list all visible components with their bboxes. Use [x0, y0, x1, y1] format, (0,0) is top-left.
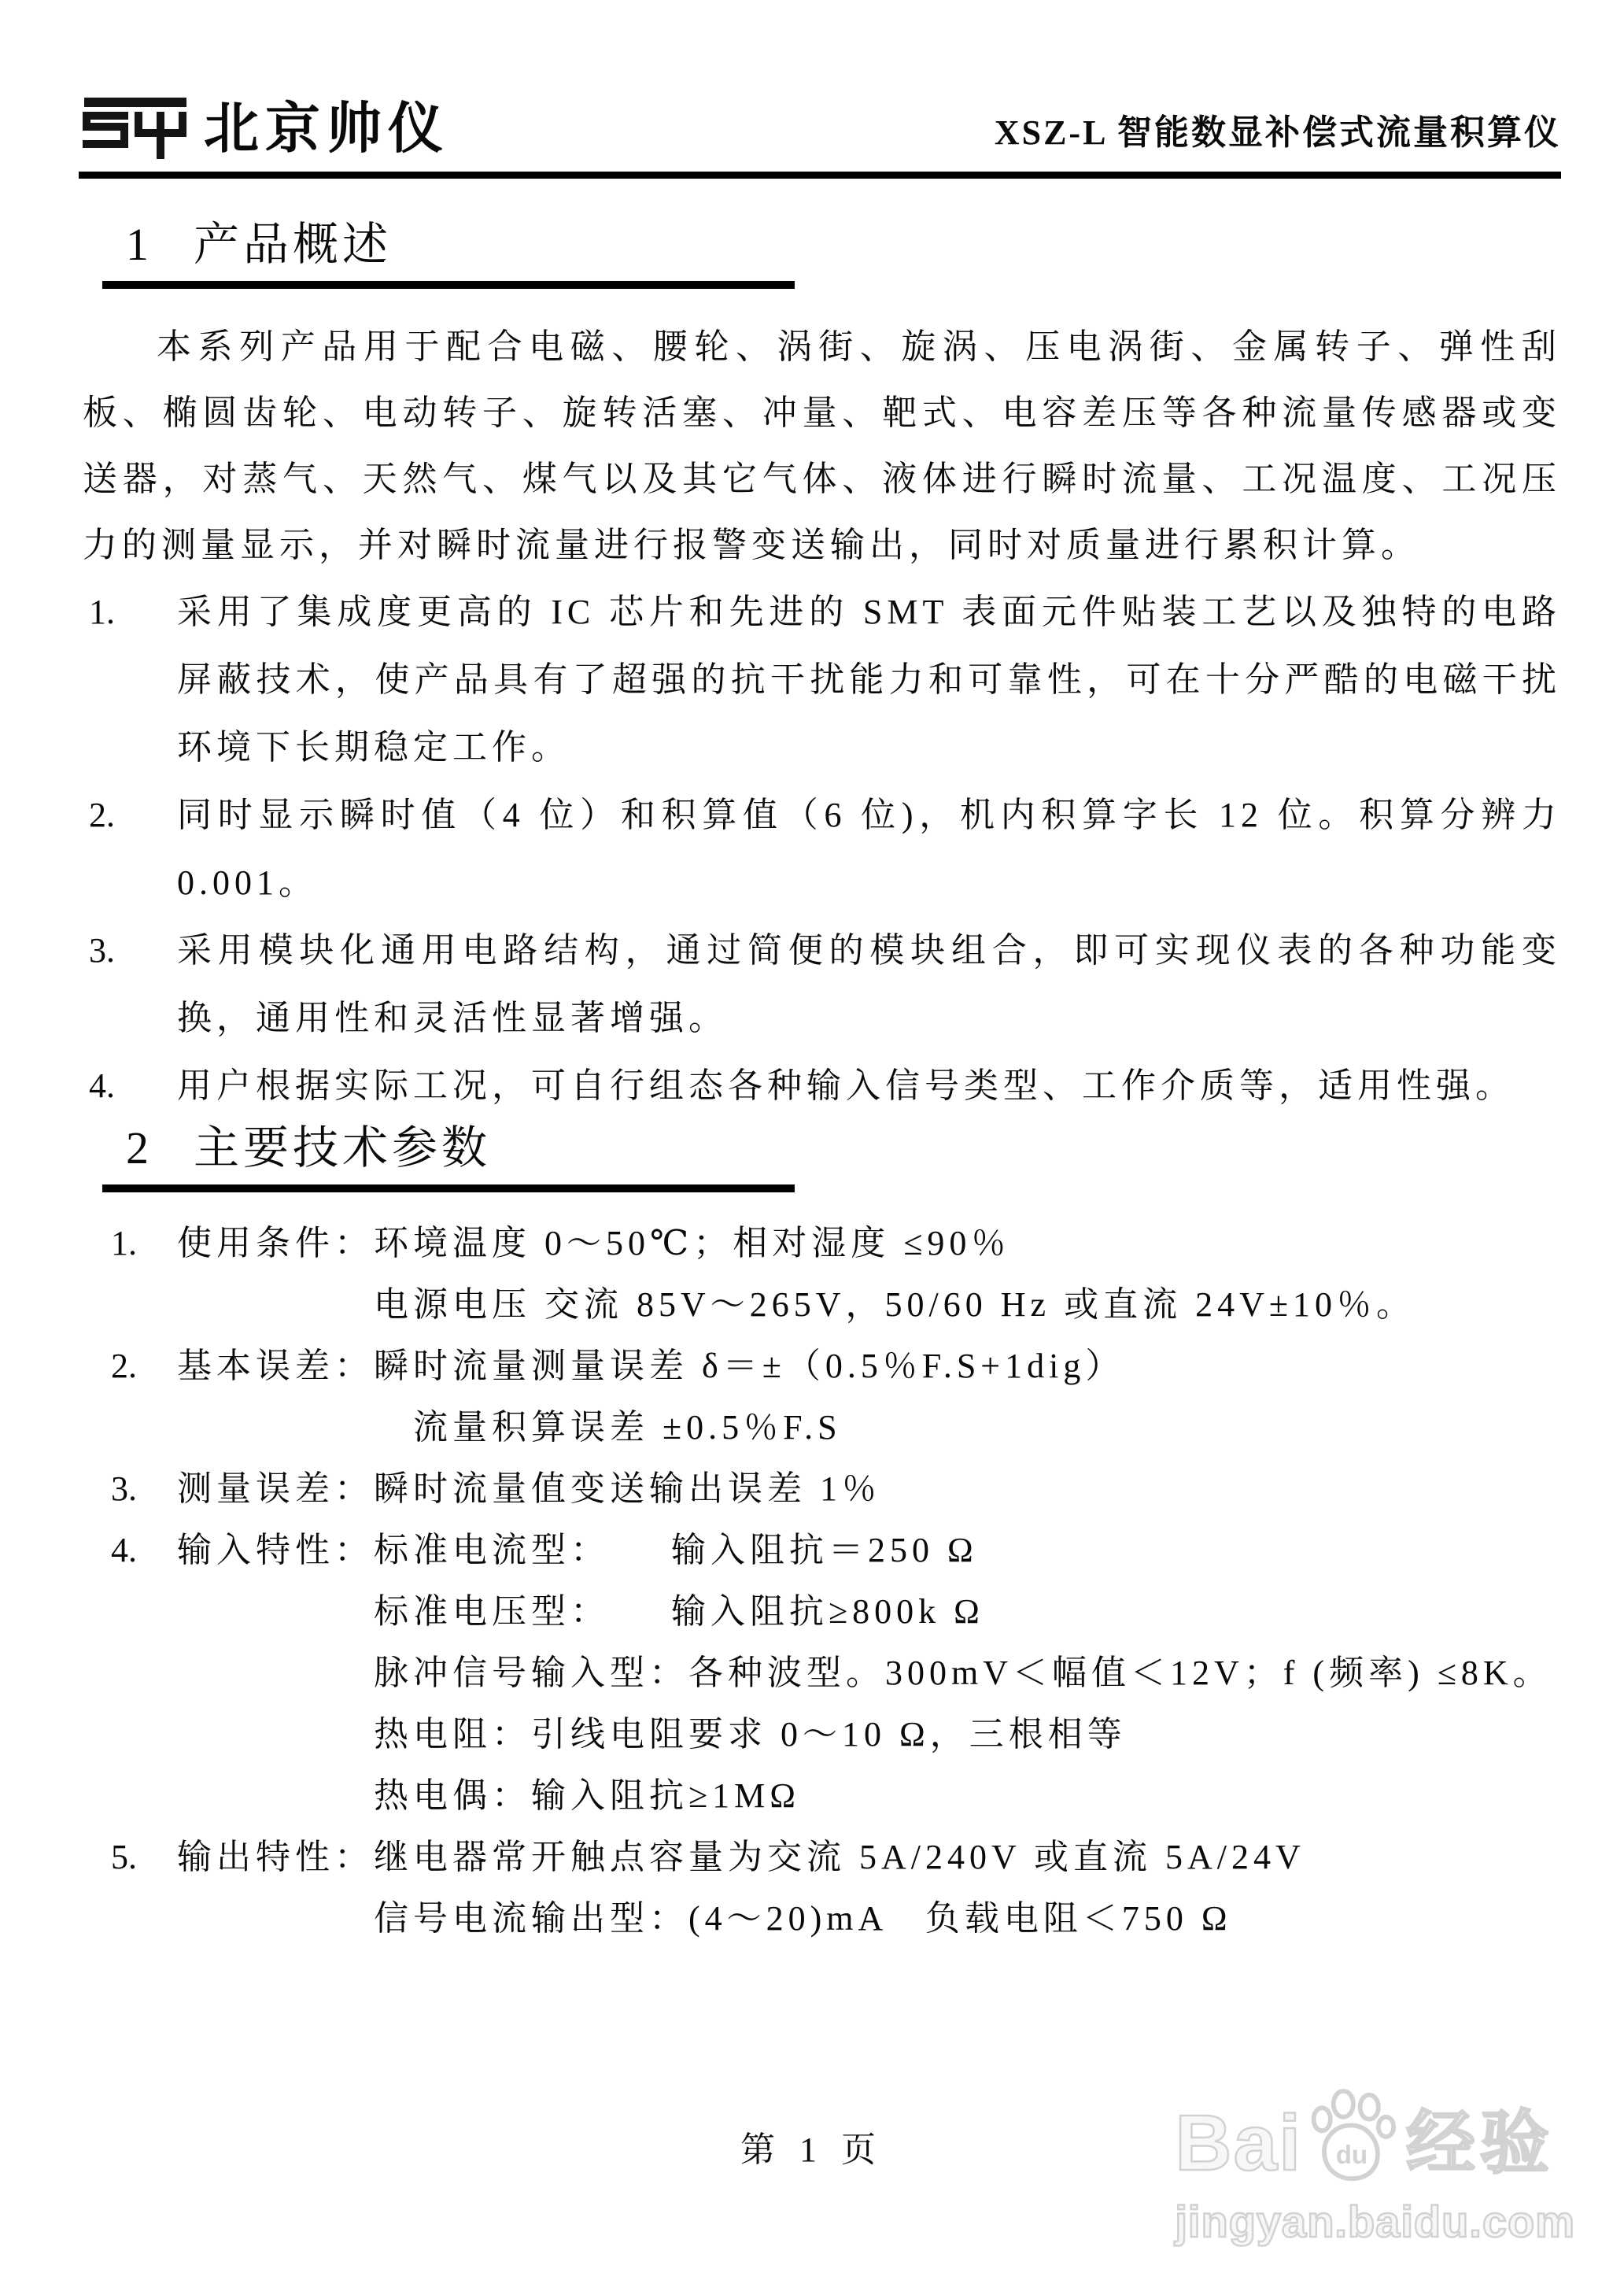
document-page: 北京帅仪 XSZ-L 智能数显补偿式流量积算仪 1产品概述 本系列产品用于配合电… — [0, 0, 1624, 2295]
item-text: 采用模块化通用电路结构，通过简便的模块组合，即可实现仪表的各种功能变换，通用性和… — [177, 931, 1561, 1037]
spec-subline: 脉冲信号输入型：各种波型。300mV＜幅值＜12V；f (频率) ≤8K。 — [177, 1643, 1561, 1704]
baidu-watermark-url: jingyan.baidu.com — [1175, 2196, 1575, 2247]
section-1-title: 产品概述 — [194, 219, 392, 270]
spec-subline: 电源电压 交流 85V～265V，50/60 Hz 或直流 24V±10％。 — [177, 1274, 1561, 1336]
spec-text: 继电器常开触点容量为交流 5A/240V 或直流 5A/24V — [374, 1838, 1305, 1876]
spec-subline: 信号电流输出型：(4～20)mA 负载电阻＜750 Ω — [177, 1888, 1561, 1949]
spec-label: 输出特性： — [177, 1838, 374, 1876]
intro-paragraph: 本系列产品用于配合电磁、腰轮、涡街、旋涡、压电涡街、金属转子、弹性刮板、椭圆齿轮… — [83, 314, 1561, 578]
spec-subline: 标准电压型： 输入阻抗≥800k Ω — [177, 1581, 1561, 1643]
item-number: 3. — [89, 917, 115, 985]
spec-item-2: 2.基本误差：瞬时流量测量误差 δ＝±（0.5％F.S+1dig） 流量积算误差… — [83, 1336, 1561, 1458]
spec-text: 标准电流型： 输入阻抗＝250 Ω — [374, 1531, 978, 1569]
page-header: 北京帅仪 XSZ-L 智能数显补偿式流量积算仪 — [83, 98, 1561, 159]
section-2-number: 2 — [126, 1125, 153, 1172]
item-number: 2. — [89, 782, 115, 849]
section-1-number: 1 — [126, 221, 153, 268]
feature-item-4: 4.用户根据实际工况，可自行组态各种输入信号类型、工作介质等，适用性强。 — [83, 1052, 1561, 1120]
spec-subline: 热电偶：输入阻抗≥1MΩ — [177, 1765, 1561, 1827]
item-number: 5. — [111, 1827, 137, 1888]
header-divider — [79, 172, 1561, 179]
feature-item-2: 2.同时显示瞬时值（4 位）和积算值（6 位)，机内积算字长 12 位。积算分辨… — [83, 782, 1561, 917]
item-text: 同时显示瞬时值（4 位）和积算值（6 位)，机内积算字长 12 位。积算分辨力 … — [177, 796, 1561, 902]
item-number: 4. — [89, 1052, 115, 1120]
section-1-heading: 1产品概述 — [102, 221, 795, 289]
spec-text: 瞬时流量值变送输出误差 1％ — [374, 1469, 881, 1508]
spec-label: 测量误差： — [177, 1469, 374, 1508]
company-logo-icon — [83, 98, 186, 159]
item-text: 采用了集成度更高的 IC 芯片和先进的 SMT 表面元件贴装工艺以及独特的电路屏… — [177, 593, 1561, 767]
spec-subline: 流量积算误差 ±0.5％F.S — [177, 1397, 1561, 1458]
section-2-title: 主要技术参数 — [194, 1122, 491, 1173]
spec-item-4: 4.输入特性：标准电流型： 输入阻抗＝250 Ω 标准电压型： 输入阻抗≥800… — [83, 1520, 1561, 1827]
section-2-heading: 2主要技术参数 — [102, 1125, 795, 1192]
spec-item-5: 5.输出特性：继电器常开触点容量为交流 5A/240V 或直流 5A/24V 信… — [83, 1827, 1561, 1949]
item-number: 1. — [111, 1213, 137, 1274]
brand: 北京帅仪 — [83, 98, 449, 159]
document-title: XSZ-L 智能数显补偿式流量积算仪 — [995, 104, 1561, 159]
item-text: 用户根据实际工况，可自行组态各种输入信号类型、工作介质等，适用性强。 — [177, 1066, 1515, 1105]
item-number: 1. — [89, 578, 115, 646]
feature-item-3: 3.采用模块化通用电路结构，通过简便的模块组合，即可实现仪表的各种功能变换，通用… — [83, 917, 1561, 1052]
spec-text: 瞬时流量测量误差 δ＝±（0.5％F.S+1dig） — [374, 1347, 1124, 1385]
spec-label: 输入特性： — [177, 1531, 374, 1569]
feature-list: 1.采用了集成度更高的 IC 芯片和先进的 SMT 表面元件贴装工艺以及独特的电… — [83, 578, 1561, 1120]
spec-subline: 热电阻：引线电阻要求 0～10 Ω，三根相等 — [177, 1704, 1561, 1765]
spec-item-1: 1.使用条件：环境温度 0～50℃；相对湿度 ≤90％ 电源电压 交流 85V～… — [83, 1213, 1561, 1336]
spec-text: 环境温度 0～50℃；相对湿度 ≤90％ — [374, 1224, 1010, 1262]
spec-label: 基本误差： — [177, 1347, 374, 1385]
company-name: 北京帅仪 — [204, 101, 449, 156]
feature-item-1: 1.采用了集成度更高的 IC 芯片和先进的 SMT 表面元件贴装工艺以及独特的电… — [83, 578, 1561, 782]
spec-item-3: 3.测量误差：瞬时流量值变送输出误差 1％ — [83, 1458, 1561, 1520]
item-number: 3. — [111, 1458, 137, 1520]
tech-spec-list: 1.使用条件：环境温度 0～50℃；相对湿度 ≤90％ 电源电压 交流 85V～… — [83, 1213, 1561, 1949]
page-number: 第 1 页 — [0, 2121, 1624, 2171]
spec-label: 使用条件： — [177, 1224, 374, 1262]
item-number: 4. — [111, 1520, 137, 1581]
item-number: 2. — [111, 1336, 137, 1397]
